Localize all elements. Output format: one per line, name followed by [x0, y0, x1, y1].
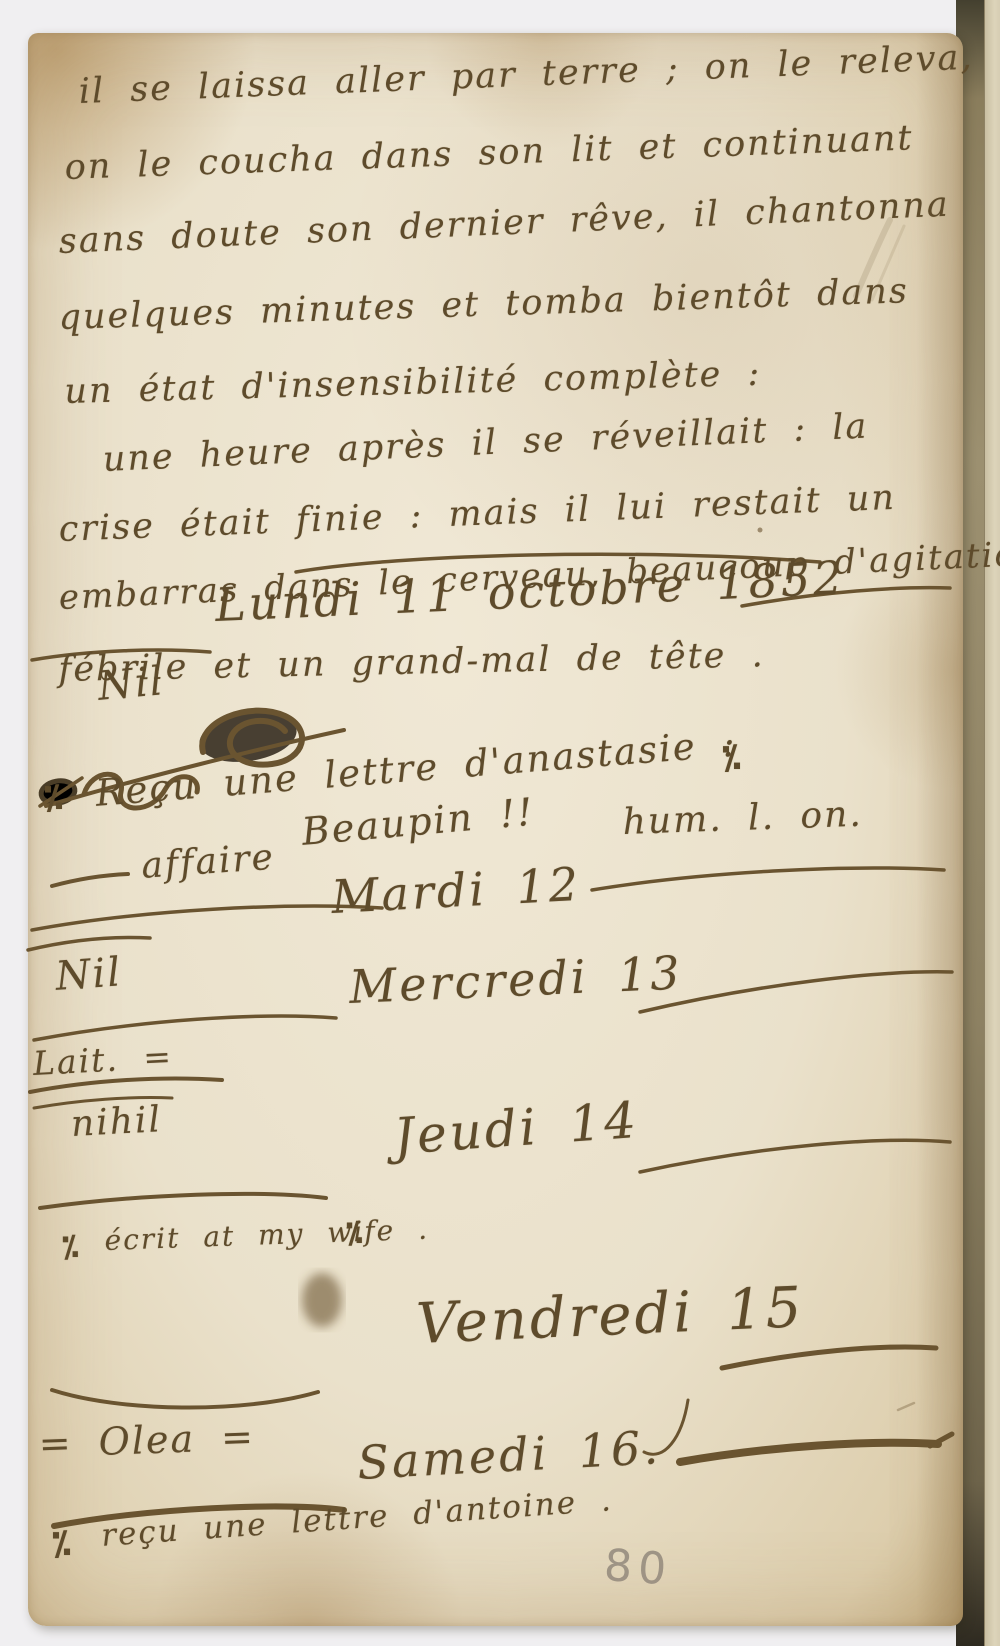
narrative-line-5: un état d'insensibilité complète :: [64, 354, 762, 412]
narrative-line-1: il se laissa aller par terre ; on le rel…: [78, 38, 974, 112]
asterisk-mark: ⁒: [62, 1230, 81, 1265]
note-recu-antoine: reçu une lettre d'antoine .: [100, 1482, 614, 1554]
narrative-line-4: quelques minutes et tomba bientôt dans: [58, 271, 909, 338]
note-beaupin: Beaupin !!: [300, 790, 536, 854]
note-lait: Lait. =: [32, 1037, 174, 1083]
note-hum-l-on: hum. l. on.: [622, 794, 863, 843]
handwriting-layer: il se laissa aller par terre ; on le rel…: [0, 0, 1000, 1646]
note-nil-oct12: Nil: [54, 949, 124, 1000]
day-heading-vendredi-15: Vendredi 15: [415, 1275, 806, 1357]
narrative-line-3: sans doute son dernier rêve, il chantonn…: [58, 185, 950, 262]
note-ecrit-wife: écrit at my wife .: [104, 1213, 429, 1257]
note-affaire: affaire: [140, 837, 276, 887]
asterisk-mark: ⁒: [44, 778, 65, 818]
note-nihil: nihil: [70, 1099, 163, 1145]
asterisk-mark: ⁒: [346, 1216, 365, 1251]
day-heading-samedi-16: Samedi 16.: [356, 1420, 662, 1490]
narrative-line-2: on le coucha dans son lit et continuant: [64, 118, 914, 188]
note-nil-oct11: Nil: [96, 658, 166, 710]
narrative-line-7: crise était finie : mais il lui restait …: [58, 478, 897, 550]
asterisk-mark: ⁒: [722, 738, 743, 778]
day-heading-jeudi-14: Jeudi 14: [392, 1091, 641, 1166]
pencil-folio-number: 80: [602, 1540, 673, 1596]
day-heading-mercredi-13: Mercredi 13: [348, 945, 684, 1014]
day-heading-mardi-12: Mardi 12: [330, 857, 582, 924]
note-olea: = Olea =: [38, 1414, 256, 1466]
scanned-manuscript-photo: il se laissa aller par terre ; on le rel…: [0, 0, 1000, 1646]
narrative-line-6: une heure après il se réveillait : la: [102, 407, 869, 480]
asterisk-mark: ⁒: [52, 1524, 73, 1564]
